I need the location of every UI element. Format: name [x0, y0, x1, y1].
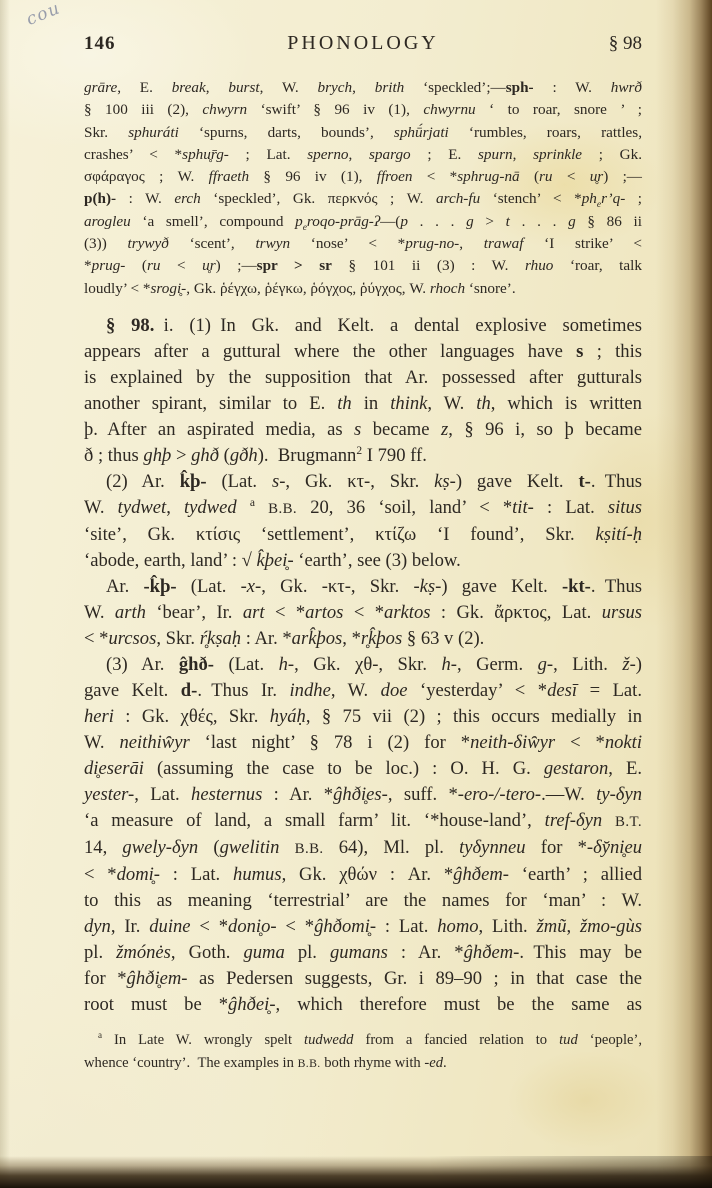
- text-segment: ru: [539, 168, 553, 185]
- text-line: gave Kelt. d-. Thus Ir. indhe, W. doe ‘y…: [84, 678, 642, 704]
- text-segment: srogi̥-: [151, 280, 187, 297]
- text-segment: , Ir.: [111, 916, 149, 937]
- text-line: W. neithiw̑yr ‘last night’ § 78 i (2) fo…: [84, 730, 642, 756]
- text-segment: dyn: [84, 916, 111, 937]
- text-segment: burst: [228, 79, 259, 96]
- text-line: for *ĝhði̥em- as Pedersen suggests, Gr. …: [84, 966, 642, 992]
- text-segment: [237, 497, 250, 518]
- text-line: another spirant, similar to E. th in thi…: [84, 391, 642, 417]
- text-segment: grāre: [84, 79, 117, 96]
- text-segment: ‘bear’, Ir.: [146, 602, 243, 623]
- text-segment: (: [219, 445, 230, 466]
- paragraph: § 98. i. (1) In Gk. and Kelt. a dental e…: [84, 313, 642, 469]
- text-segment: § 63 v (2).: [402, 628, 484, 649]
- text-segment: g-: [538, 654, 554, 675]
- text-segment: for *: [84, 968, 127, 989]
- text-segment: sphū́rjati: [394, 124, 449, 141]
- text-segment: Ar.: [106, 576, 143, 597]
- text-segment: ĝhði̥es-: [333, 784, 388, 805]
- text-line: (2) Ar. k̂þ- (Lat. s-, Gk. κτ-, Skr. kṣ-…: [84, 469, 642, 495]
- text-segment: žmo-gùs: [580, 916, 642, 937]
- text-segment: as Pedersen suggests, Gr. i 89–90 ; in t…: [187, 968, 642, 989]
- text-segment: , Lat.: [134, 784, 191, 805]
- text-segment: art: [243, 602, 265, 623]
- text-segment: , W.: [260, 79, 318, 96]
- text-segment: , Germ.: [457, 654, 538, 675]
- text-segment: for *: [526, 837, 587, 858]
- text-segment: ,: [206, 79, 229, 96]
- text-segment: artos: [305, 602, 343, 623]
- text-segment: (Lat.: [214, 654, 279, 675]
- text-segment: ‘people’,: [578, 1032, 642, 1048]
- text-segment: In Late W. wrongly spelt: [102, 1032, 304, 1048]
- text-line: *prug- (ru < u̥r) ;—spr > sr § 101 ii (3…: [84, 255, 642, 277]
- text-line: ‘abode, earth, land’ : √ k̂þei̥- ‘earth’…: [84, 548, 642, 574]
- text-segment: <: [553, 168, 590, 185]
- text-segment: gðh: [230, 445, 258, 466]
- text-segment: -ed: [424, 1055, 443, 1071]
- text-segment: žmũ: [537, 916, 567, 937]
- text-segment: spr > sr: [257, 257, 332, 274]
- text-line: W. arth ‘bear’, Ir. art < *artos < *arkt…: [84, 600, 642, 626]
- text-segment: ĝhðem-: [453, 864, 509, 885]
- text-segment: ĝhð-: [179, 654, 214, 675]
- text-segment: ‘a smell’, compound: [131, 213, 295, 230]
- text-segment: , § 96 i, so þ became: [448, 419, 642, 440]
- text-segment: >: [474, 213, 506, 230]
- text-segment: : Lat.: [534, 497, 608, 518]
- text-segment: § 86 ii: [576, 213, 642, 230]
- text-line: p(h)- : W. erch ‘speckled’, Gk. περκνός …: [84, 188, 642, 210]
- text-segment: < *: [343, 602, 384, 623]
- text-segment: neith-δiw̑yr: [470, 732, 555, 753]
- text-segment: (2) Ar.: [106, 471, 180, 492]
- text-segment: p: [295, 213, 303, 230]
- text-segment: sph-: [506, 79, 534, 96]
- text-segment: i. (1) In Gk. and Kelt. a dental explosi…: [154, 315, 642, 336]
- text-segment: , Skr.: [156, 628, 199, 649]
- paragraph: grāre, E. break, burst, W. brych, brith …: [84, 77, 642, 300]
- text-segment: g: [466, 213, 474, 230]
- text-segment: t-: [578, 471, 590, 492]
- text-segment: -δy̆ni̥eu: [587, 837, 642, 858]
- text-segment: trwyn: [255, 235, 290, 252]
- text-segment: gumans: [330, 942, 388, 963]
- text-segment: [602, 810, 615, 831]
- text-line: whence ‘country’. The examples in B.B. b…: [84, 1052, 642, 1076]
- text-segment: , E.: [608, 758, 642, 779]
- text-segment: g: [568, 213, 576, 230]
- binding-shadow: [0, 1156, 712, 1188]
- text-line: di̥eserāi (assuming the case to be loc.)…: [84, 756, 642, 782]
- text-segment: : Gk. ἄρκτος, Lat.: [431, 602, 602, 623]
- text-segment: rhuo: [525, 257, 553, 274]
- text-segment: ž-: [622, 654, 635, 675]
- section-number: § 98: [609, 33, 642, 55]
- text-line: 14, gwely-δyn (gwelitin B.B. 64), Ml. pl…: [84, 835, 642, 862]
- text-segment: to this as meaning ‘terrestrial’ are the…: [84, 890, 642, 911]
- paragraph: a In Late W. wrongly spelt tudwedd from …: [84, 1029, 642, 1076]
- text-segment: 14,: [84, 837, 122, 858]
- text-segment: gwely-δyn: [122, 837, 198, 858]
- text-segment: žmónės: [116, 942, 171, 963]
- text-segment: tref-δyn: [545, 810, 603, 831]
- text-segment: -x-: [241, 576, 262, 597]
- text-segment: . This may be: [519, 942, 642, 963]
- text-segment: , W.: [331, 680, 381, 701]
- text-segment: kṣ-: [434, 471, 456, 492]
- text-line: < *urcsos, Skr. ŕ̥kṣaḥ : Ar. *ark̂þos, …: [84, 626, 642, 652]
- text-segment: pl.: [84, 942, 116, 963]
- text-segment: whence ‘country’. The examples in: [84, 1055, 298, 1071]
- text-segment: I 790 ff.: [362, 445, 427, 466]
- text-segment: : Lat.: [376, 916, 437, 937]
- text-segment: di̥eserāi: [84, 758, 144, 779]
- text-line: Ar. -k̂þ- (Lat. -x-, Gk. -κτ-, Skr. -kṣ-…: [84, 574, 642, 600]
- text-segment: chwyrnu: [423, 101, 475, 118]
- text-line: § 100 iii (2), chwyrn ‘swift’ § 96 iv (1…: [84, 99, 642, 121]
- text-segment: ĝhðomi̥-: [314, 916, 376, 937]
- small-print-paragraph: grāre, E. break, burst, W. brych, brith …: [84, 77, 642, 300]
- text-line: (3) Ar. ĝhð- (Lat. h-, Gk. χθ-, Skr. h-,…: [84, 652, 642, 678]
- text-segment: : Ar. *: [241, 628, 292, 649]
- text-segment: þ. After an aspirated media, as: [84, 419, 354, 440]
- text-segment: -ero-/-tero-: [458, 784, 541, 805]
- text-segment: W.: [84, 732, 119, 753]
- text-line: W. tydwet, tydwed a B.B. 20, 36 ‘soil, l…: [84, 495, 642, 522]
- text-line: ð ; thus ghþ > ghð (gðh). Brugmann2 I 79…: [84, 443, 642, 469]
- text-segment: ffroen: [377, 168, 413, 185]
- text-segment: sprinkle: [533, 146, 582, 163]
- text-line: pl. žmónės, Goth. guma pl. gumans : Ar. …: [84, 940, 642, 966]
- text-segment: : Ar. *: [262, 784, 333, 805]
- text-segment: think: [390, 393, 427, 414]
- text-segment: sphrug-nā: [457, 168, 519, 185]
- text-segment: , W.: [427, 393, 476, 414]
- text-segment: , § 75 vii (2) ; this occurs medially in: [306, 706, 642, 727]
- text-segment: B.T.: [615, 814, 642, 830]
- text-segment: arth: [115, 602, 146, 623]
- text-segment: , Gk. κτ-, Skr.: [285, 471, 434, 492]
- text-segment: tudwedd: [304, 1032, 353, 1048]
- text-segment: ‘a measure of land, a small farm’ lit. ‘…: [84, 810, 545, 831]
- text-segment: < *: [265, 602, 306, 623]
- page-content: 146 PHONOLOGY § 98 grāre, E. break, burs…: [84, 32, 642, 1076]
- text-segment: (Lat.: [207, 471, 272, 492]
- text-segment: ; E.: [411, 146, 478, 163]
- text-segment: th: [337, 393, 351, 414]
- text-segment: brith: [375, 79, 405, 96]
- text-segment: doe: [381, 680, 408, 701]
- text-line: a In Late W. wrongly spelt tudwedd from …: [84, 1029, 642, 1053]
- text-segment: . . .: [510, 213, 568, 230]
- text-segment: . Thus Ir.: [197, 680, 289, 701]
- text-segment: B.B.: [298, 1057, 321, 1070]
- text-segment: ‘speckled’;—: [404, 79, 505, 96]
- text-segment: ‘swift’ § 96 iv (1),: [247, 101, 423, 118]
- text-segment: ursus: [602, 602, 642, 623]
- text-segment: σφάραγος ; W.: [84, 168, 209, 185]
- text-segment: : W.: [534, 79, 611, 96]
- text-line: Skr. sphuráti ‘spurns, darts, bounds’, s…: [84, 122, 642, 144]
- text-segment: trywyð: [128, 235, 169, 252]
- text-segment: d-: [181, 680, 198, 701]
- text-line: root must be *ĝhðei̥-, which therefore m…: [84, 992, 642, 1018]
- text-segment: arogleu: [84, 213, 131, 230]
- text-segment: ‘snore’.: [465, 280, 516, 297]
- text-segment: *: [84, 257, 92, 274]
- text-segment: , *: [342, 628, 361, 649]
- text-segment: tyδynneu: [459, 837, 525, 858]
- text-segment: ). Brugmann: [258, 445, 357, 466]
- text-segment: ‘abode, earth, land’ : √: [84, 550, 256, 571]
- text-segment: ‘last night’ § 78 i (2) for *: [190, 732, 470, 753]
- text-segment: (: [520, 168, 539, 185]
- text-segment: hesternus: [191, 784, 262, 805]
- text-segment: W.: [84, 602, 115, 623]
- text-line: appears after a guttural where the other…: [84, 339, 642, 365]
- text-segment: in: [352, 393, 391, 414]
- text-segment: arch-fu: [436, 190, 480, 207]
- text-segment: tydwed: [184, 497, 237, 518]
- text-segment: doni̥o-: [228, 916, 277, 937]
- text-segment: u̥r: [202, 257, 216, 274]
- footnote: a In Late W. wrongly spelt tudwedd from …: [84, 1029, 642, 1076]
- text-segment: h-: [279, 654, 295, 675]
- text-segment: ‘roar, talk: [553, 257, 642, 274]
- text-segment: >: [171, 445, 191, 466]
- text-segment: , Gk. -κτ-, Skr.: [261, 576, 413, 597]
- text-segment: <: [160, 257, 202, 274]
- text-segment: ,: [567, 916, 581, 937]
- text-segment: r̥k̂þos: [361, 628, 402, 649]
- text-segment: u̥r: [590, 168, 604, 185]
- text-segment: spargo: [369, 146, 411, 163]
- text-line: < *domi̥- : Lat. humus, Gk. χθών : Ar. *…: [84, 862, 642, 888]
- text-line: ‘site’, Gk. κτίσις ‘settlement’, κτίζω ‘…: [84, 522, 642, 548]
- text-segment: : Lat.: [160, 864, 233, 885]
- text-line: yester-, Lat. hesternus : Ar. *ĝhði̥es-,…: [84, 782, 642, 808]
- text-segment: § 101 ii (3) : W.: [332, 257, 525, 274]
- text-segment: became: [361, 419, 441, 440]
- text-segment: appears after a guttural where the other…: [84, 341, 576, 362]
- text-segment: break: [172, 79, 206, 96]
- text-segment: ‘spurns, darts, bounds’,: [179, 124, 394, 141]
- text-segment: < *: [555, 732, 605, 753]
- handwritten-note: cou: [24, 0, 64, 30]
- text-segment: is explained by the supposition that Ar.…: [84, 367, 642, 388]
- text-segment: ghþ: [143, 445, 171, 466]
- text-segment: prug-: [92, 257, 126, 274]
- text-segment: ĝhði̥em-: [127, 968, 188, 989]
- text-segment: (: [125, 257, 147, 274]
- text-segment: , which therefore must be the same as: [276, 994, 642, 1015]
- text-segment: ,: [349, 146, 369, 163]
- text-segment: < *: [84, 864, 117, 885]
- text-segment: prug-no-: [405, 235, 459, 252]
- text-segment: ‘earth’ ; allied: [509, 864, 642, 885]
- text-segment: guma: [243, 942, 284, 963]
- book-page: cou 146 PHONOLOGY § 98 grāre, E. break, …: [0, 0, 712, 1188]
- text-segment: arktos: [384, 602, 430, 623]
- text-segment: humus: [233, 864, 282, 885]
- text-segment: ; Gk.: [582, 146, 642, 163]
- text-segment: trawaf: [484, 235, 524, 252]
- text-segment: hyáḥ: [270, 706, 306, 727]
- main-text: § 98. i. (1) In Gk. and Kelt. a dental e…: [84, 313, 642, 1018]
- text-line: to this as meaning ‘terrestrial’ are the…: [84, 888, 642, 914]
- page-header: 146 PHONOLOGY § 98: [84, 32, 642, 55]
- text-segment: k̂þei̥-: [256, 550, 293, 571]
- text-segment: : W.: [116, 190, 174, 207]
- text-segment: , E.: [117, 79, 172, 96]
- text-segment: 20, 36 ‘soil, land’ < *: [297, 497, 512, 518]
- text-segment: (3)): [84, 235, 128, 252]
- text-segment: : Gk. χθές, Skr.: [114, 706, 270, 727]
- text-segment: ‘I strike’ <: [523, 235, 642, 252]
- text-segment: indhe: [290, 680, 331, 701]
- text-segment: chwyrn: [202, 101, 247, 118]
- text-segment: tit-: [512, 497, 534, 518]
- text-segment: , Gk. ῥέγχω, ῥέγκω, ῥόγχος, ῥύγχος, W.: [186, 280, 430, 297]
- book-gutter-shadow: [656, 0, 712, 1188]
- text-segment: ‘rumbles, roars, rattles,: [449, 124, 642, 141]
- text-line: grāre, E. break, burst, W. brych, brith …: [84, 77, 642, 99]
- text-segment: tydwet: [118, 497, 167, 518]
- text-line: is explained by the supposition that Ar.…: [84, 365, 642, 391]
- text-segment: gestaron: [544, 758, 608, 779]
- text-segment: ; this: [583, 341, 642, 362]
- text-segment: ark̂þos: [292, 628, 343, 649]
- text-segment: spurn: [478, 146, 513, 163]
- page-number: 146: [84, 33, 116, 55]
- text-segment: ph: [582, 190, 597, 207]
- text-segment: (3) Ar.: [106, 654, 179, 675]
- text-segment: ) ;—: [216, 257, 257, 274]
- text-segment: § 100 iii (2),: [84, 101, 202, 118]
- text-segment: B.B.: [295, 841, 324, 857]
- text-segment: ‘nose’ < *: [290, 235, 405, 252]
- text-segment: —(: [380, 213, 400, 230]
- text-segment: crashes’ < *: [84, 146, 182, 163]
- text-segment: h-: [441, 654, 457, 675]
- text-segment: W.: [84, 497, 118, 518]
- paragraph: (3) Ar. ĝhð- (Lat. h-, Gk. χθ-, Skr. h-,…: [84, 652, 642, 1018]
- text-segment: (: [198, 837, 219, 858]
- text-segment: from a fancied relation to: [353, 1032, 559, 1048]
- text-segment: , suff. *: [388, 784, 458, 805]
- text-segment: B.B.: [268, 501, 297, 517]
- text-segment: tud: [559, 1032, 578, 1048]
- text-segment: , Goth.: [171, 942, 244, 963]
- running-title: PHONOLOGY: [287, 32, 438, 55]
- text-segment: , which is written: [491, 393, 642, 414]
- text-segment: ‘stench’ < *: [480, 190, 582, 207]
- text-segment: ,: [352, 79, 375, 96]
- text-segment: . Thus: [591, 471, 642, 492]
- text-segment: (Lat.: [177, 576, 241, 597]
- text-segment: ĝhðem-: [464, 942, 520, 963]
- text-segment: .: [443, 1055, 447, 1071]
- text-line: dyn, Ir. duine < *doni̥o- < *ĝhðomi̥- : …: [84, 914, 642, 940]
- text-segment: erch: [174, 190, 200, 207]
- text-segment: ‘earth’, see (3) below.: [294, 550, 461, 571]
- text-segment: § 98.: [106, 315, 154, 336]
- text-segment: p(h)-: [84, 190, 116, 207]
- text-line: § 98. i. (1) In Gk. and Kelt. a dental e…: [84, 313, 642, 339]
- text-segment: both rhyme with: [321, 1055, 425, 1071]
- text-segment: r’q-: [601, 190, 625, 207]
- text-segment: -k̂þ-: [143, 576, 176, 597]
- paragraph: Ar. -k̂þ- (Lat. -x-, Gk. -κτ-, Skr. -kṣ-…: [84, 574, 642, 652]
- text-segment: ĝhðei̥-: [228, 994, 276, 1015]
- text-segment: ) ;—: [603, 168, 642, 185]
- text-segment: th: [476, 393, 490, 414]
- text-segment: s-: [272, 471, 285, 492]
- text-segment: [255, 497, 268, 518]
- text-line: ‘a measure of land, a small farm’ lit. ‘…: [84, 808, 642, 835]
- text-segment: desī: [547, 680, 577, 701]
- text-segment: kṣití-ḥ: [596, 524, 642, 545]
- text-segment: pl.: [285, 942, 330, 963]
- text-segment: < *: [84, 628, 108, 649]
- text-segment: another spirant, similar to E.: [84, 393, 337, 414]
- text-segment: ‘yesterday’ < *: [408, 680, 548, 701]
- text-segment: < *: [191, 916, 229, 937]
- text-segment: loudly’ < *: [84, 280, 151, 297]
- text-segment: domi̥-: [117, 864, 160, 885]
- text-segment: ‘scent’,: [169, 235, 256, 252]
- text-segment: yester-: [84, 784, 134, 805]
- text-segment: ru: [147, 257, 161, 274]
- text-segment: gave Kelt.: [84, 680, 181, 701]
- page-left-edge-shadow: [0, 0, 10, 1188]
- text-segment: k̂þ-: [180, 471, 207, 492]
- text-segment: ) gave Kelt.: [456, 471, 579, 492]
- text-line: loudly’ < *srogi̥-, Gk. ῥέγχω, ῥέγκω, ῥό…: [84, 278, 642, 300]
- text-segment: ): [636, 654, 642, 675]
- text-segment: . Thus: [591, 576, 642, 597]
- text-line: crashes’ < *sphu̥r̄g- ; Lat. sperno, spa…: [84, 144, 642, 166]
- text-segment: roqo-prāg-ʔ: [307, 213, 380, 230]
- text-segment: [279, 837, 294, 858]
- text-segment: urcsos: [108, 628, 156, 649]
- text-segment: , Lith.: [479, 916, 537, 937]
- text-segment: ‘ to roar, snore ’ ;: [476, 101, 642, 118]
- text-segment: , Gk. χθών : Ar. *: [282, 864, 454, 885]
- text-segment: , Lith.: [553, 654, 622, 675]
- text-segment: ffraeth: [209, 168, 250, 185]
- text-line: arogleu ‘a smell’, compound peroqo-prāg-…: [84, 211, 642, 233]
- text-segment: ‘site’, Gk. κτίσις ‘settlement’, κτίζω ‘…: [84, 524, 596, 545]
- text-segment: : Ar. *: [388, 942, 464, 963]
- text-line: þ. After an aspirated media, as s became…: [84, 417, 642, 443]
- text-segment: (assuming the case to be loc.) : O. H. G…: [144, 758, 544, 779]
- text-segment: neithiw̑yr: [119, 732, 189, 753]
- text-line: (3)) trywyð ‘scent’, trwyn ‘nose’ < *pru…: [84, 233, 642, 255]
- text-segment: rhoch: [430, 280, 465, 297]
- text-segment: duine: [149, 916, 190, 937]
- text-segment: < *: [277, 916, 315, 937]
- text-segment: , Gk. χθ-, Skr.: [294, 654, 441, 675]
- text-segment: . . .: [408, 213, 466, 230]
- text-segment: 64), Ml. pl.: [324, 837, 460, 858]
- text-segment: root must be *: [84, 994, 228, 1015]
- text-segment: ‘speckled’, Gk. περκνός ; W.: [201, 190, 436, 207]
- text-segment: -kṣ-: [413, 576, 441, 597]
- text-segment: situs: [608, 497, 642, 518]
- text-segment: .—W.: [541, 784, 596, 805]
